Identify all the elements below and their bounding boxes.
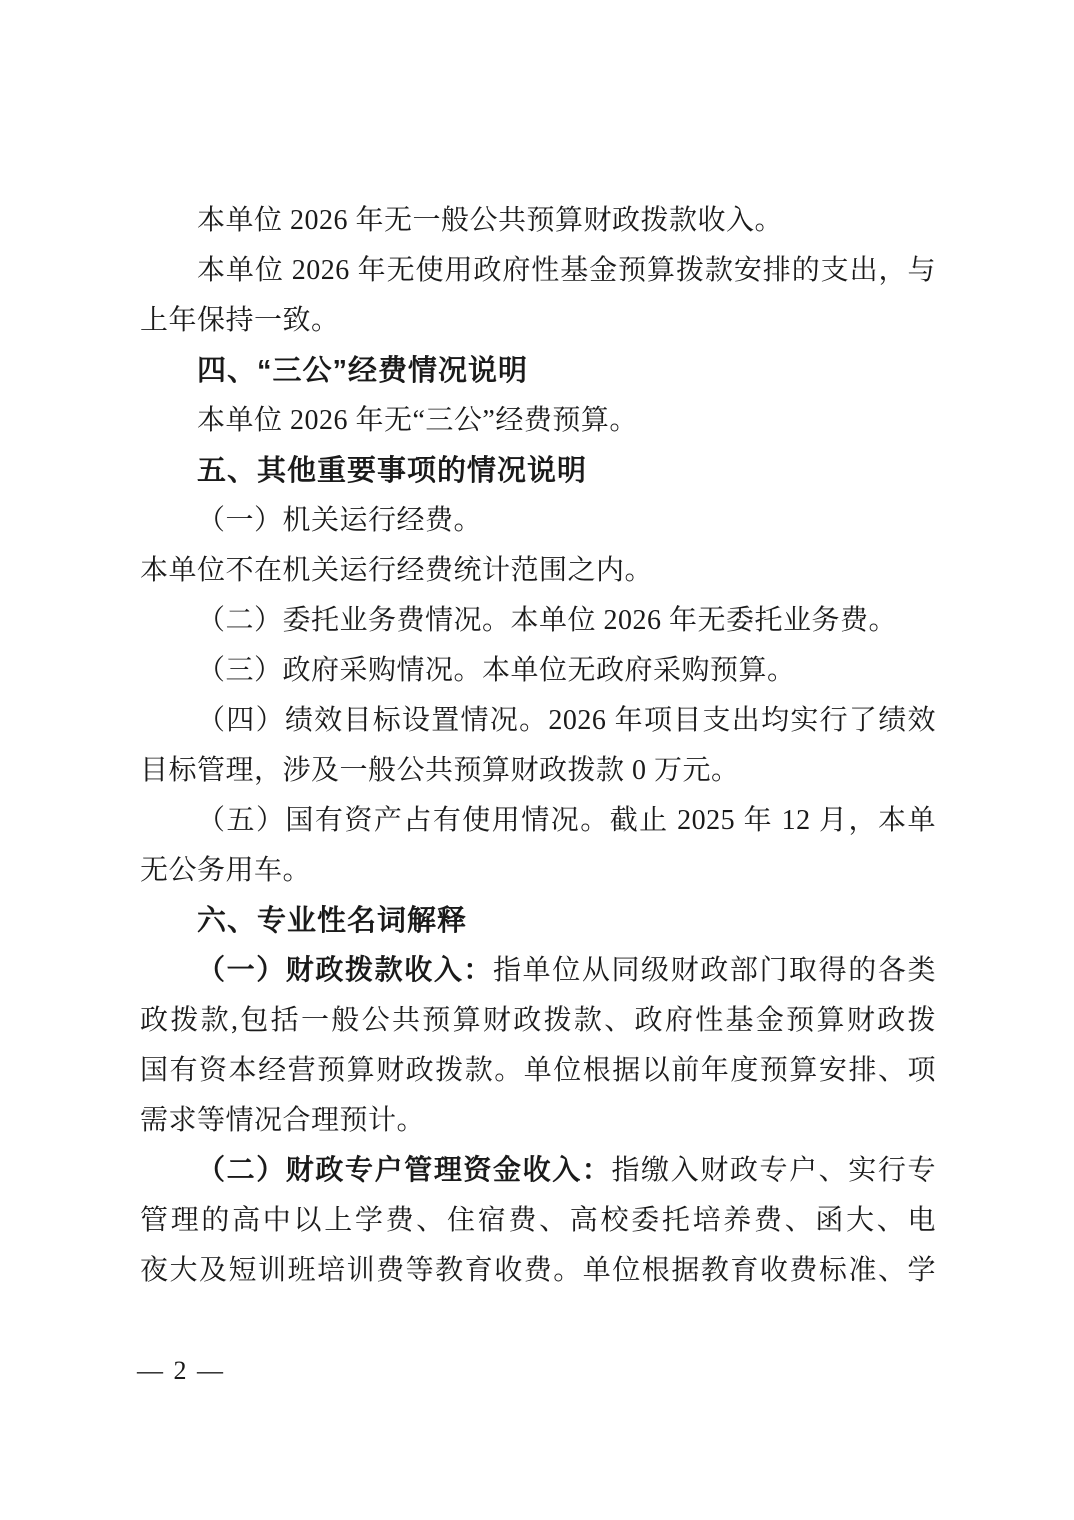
text-line: 管理的高中以上学费、住宿费、高校委托培养费、函大、电大、 (140, 1196, 936, 1246)
line-text: 管理的高中以上学费、住宿费、高校委托培养费、函大、电大、 (140, 1205, 936, 1246)
text-line: （三）政府采购情况。本单位无政府采购预算。 (140, 646, 936, 696)
text-line: （一）财政拨款收入：指单位从同级财政部门取得的各类财 (140, 946, 936, 996)
text-line: 本单位 2026 年无一般公共预算财政拨款收入。 (140, 196, 936, 246)
line-text: 上年保持一致。 (140, 305, 340, 336)
page-footer: — 2 — (137, 1346, 225, 1396)
line-text: 五、其他重要事项的情况说明 (197, 455, 587, 487)
text-line: 目标管理，涉及一般公共预算财政拨款 0 万元。 (140, 746, 936, 796)
line-text: 目标管理，涉及一般公共预算财政拨款 0 万元。 (140, 755, 740, 786)
text-line: 夜大及短训班培训费等教育收费。单位根据教育收费标准、学生 (140, 1246, 936, 1296)
line-text: （一）机关运行经费。 (197, 505, 482, 536)
text-line: （四）绩效目标设置情况。2026 年项目支出均实行了绩效 (140, 696, 936, 746)
section-heading: 五、其他重要事项的情况说明 (140, 446, 936, 496)
line-text: 夜大及短训班培训费等教育收费。单位根据教育收费标准、学生 (140, 1255, 936, 1296)
text-line: 需求等情况合理预计。 (140, 1096, 936, 1146)
text-line: 国有资本经营预算财政拨款。单位根据以前年度预算安排、项目 (140, 1046, 936, 1096)
line-text: 需求等情况合理预计。 (140, 1105, 425, 1136)
line-text: （五）国有资产占有使用情况。截止 2025 年 12 月，本单位 (140, 805, 936, 846)
line-text: （三）政府采购情况。本单位无政府采购预算。 (197, 655, 796, 686)
text-line: 本单位 2026 年无使用政府性基金预算拨款安排的支出，与 (140, 246, 936, 296)
line-text: 六、专业性名词解释 (197, 905, 467, 937)
term-label: （二）财政专户管理资金收入： (197, 1155, 611, 1186)
line-text: 无公务用车。 (140, 855, 311, 886)
line-text: 本单位 2026 年无使用政府性基金预算拨款安排的支出，与 (197, 255, 936, 286)
text-line: （一）机关运行经费。 (140, 496, 936, 546)
line-text: 政拨款,包括一般公共预算财政拨款、政府性基金预算财政拨款、 (140, 1005, 936, 1046)
text-line: （二）财政专户管理资金收入：指缴入财政专户、实行专项 (140, 1146, 936, 1196)
section-heading: 四、“三公”经费情况说明 (140, 346, 936, 396)
page-number: — 2 — (137, 1356, 225, 1385)
line-text: 本单位不在机关运行经费统计范围之内。 (140, 555, 653, 586)
document-page: 本单位 2026 年无一般公共预算财政拨款收入。本单位 2026 年无使用政府性… (0, 0, 1074, 1520)
line-text: 四、“三公”经费情况说明 (197, 355, 528, 387)
term-label: （一）财政拨款收入： (197, 955, 493, 986)
text-line: （五）国有资产占有使用情况。截止 2025 年 12 月，本单位 (140, 796, 936, 846)
text-line: 无公务用车。 (140, 846, 936, 896)
text-line: 政拨款,包括一般公共预算财政拨款、政府性基金预算财政拨款、 (140, 996, 936, 1046)
text-line: 上年保持一致。 (140, 296, 936, 346)
section-heading: 六、专业性名词解释 (140, 896, 936, 946)
text-line: 本单位 2026 年无“三公”经费预算。 (140, 396, 936, 446)
text-line: （二）委托业务费情况。本单位 2026 年无委托业务费。 (140, 596, 936, 646)
document-body: 本单位 2026 年无一般公共预算财政拨款收入。本单位 2026 年无使用政府性… (140, 196, 936, 1296)
line-text: 国有资本经营预算财政拨款。单位根据以前年度预算安排、项目 (140, 1055, 936, 1096)
line-text: （二）委托业务费情况。本单位 2026 年无委托业务费。 (197, 605, 897, 636)
text-line: 本单位不在机关运行经费统计范围之内。 (140, 546, 936, 596)
line-text: 本单位 2026 年无一般公共预算财政拨款收入。 (197, 205, 783, 236)
line-text: 本单位 2026 年无“三公”经费预算。 (197, 405, 638, 436)
line-text: （四）绩效目标设置情况。2026 年项目支出均实行了绩效 (197, 705, 936, 736)
